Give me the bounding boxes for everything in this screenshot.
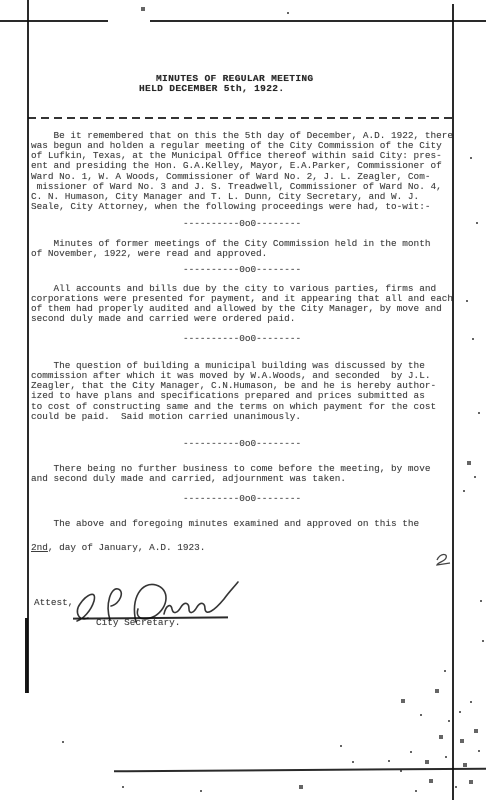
secretary-title-label: City Secretary. — [96, 618, 180, 628]
approval-day: 2nd — [31, 542, 48, 553]
scanned-minutes-page: MINUTES OF REGULAR MEETING HELD DECEMBER… — [0, 0, 486, 800]
paragraph-accounts-paid: All accounts and bills due by the city t… — [31, 284, 453, 325]
left-margin-rule-heavy-tail — [25, 618, 28, 693]
scan-noise-specks — [0, 0, 2, 2]
paragraph-minutes-approved: Minutes of former meetings of the City C… — [31, 239, 430, 259]
section-separator: ----------0o0-------- — [183, 334, 313, 344]
left-margin-rule — [27, 0, 29, 693]
text-line: and second duly made and carried, adjour… — [31, 474, 430, 484]
text-line: Seale, City Attorney, when the following… — [31, 202, 453, 212]
top-rule-left-segment — [0, 20, 108, 22]
text-line: of November, 1922, were read and approve… — [31, 249, 430, 259]
paragraph-adjournment: There being no further business to come … — [31, 464, 430, 484]
attest-label: Attest, — [34, 598, 73, 608]
document-title-line2: HELD DECEMBER 5th, 1922. — [139, 83, 284, 94]
approval-statement-line: The above and foregoing minutes examined… — [31, 519, 419, 529]
section-separator: ----------0o0-------- — [183, 265, 313, 275]
section-separator: ----------0o0-------- — [183, 439, 313, 449]
section-separator: ----------0o0-------- — [183, 219, 313, 229]
text-line: second duly made and carried were ordere… — [31, 314, 453, 324]
paragraph-municipal-building: The question of building a municipal bui… — [31, 361, 436, 422]
top-rule-right-segment — [150, 20, 486, 22]
approval-date-rest: , day of January, A.D. 1923. — [48, 542, 206, 553]
margin-scribble-mark — [434, 550, 454, 568]
section-separator: ----------0o0-------- — [183, 494, 313, 504]
right-margin-rule — [452, 4, 454, 800]
bottom-rule — [114, 768, 486, 773]
approval-date-line: 2nd, day of January, A.D. 1923. — [31, 543, 205, 553]
title-divider-dashed-rule — [28, 117, 456, 119]
paragraph-opening-record: Be it remembered that on this the 5th da… — [31, 131, 453, 212]
text-line: could be paid. Said motion carried unani… — [31, 412, 436, 422]
